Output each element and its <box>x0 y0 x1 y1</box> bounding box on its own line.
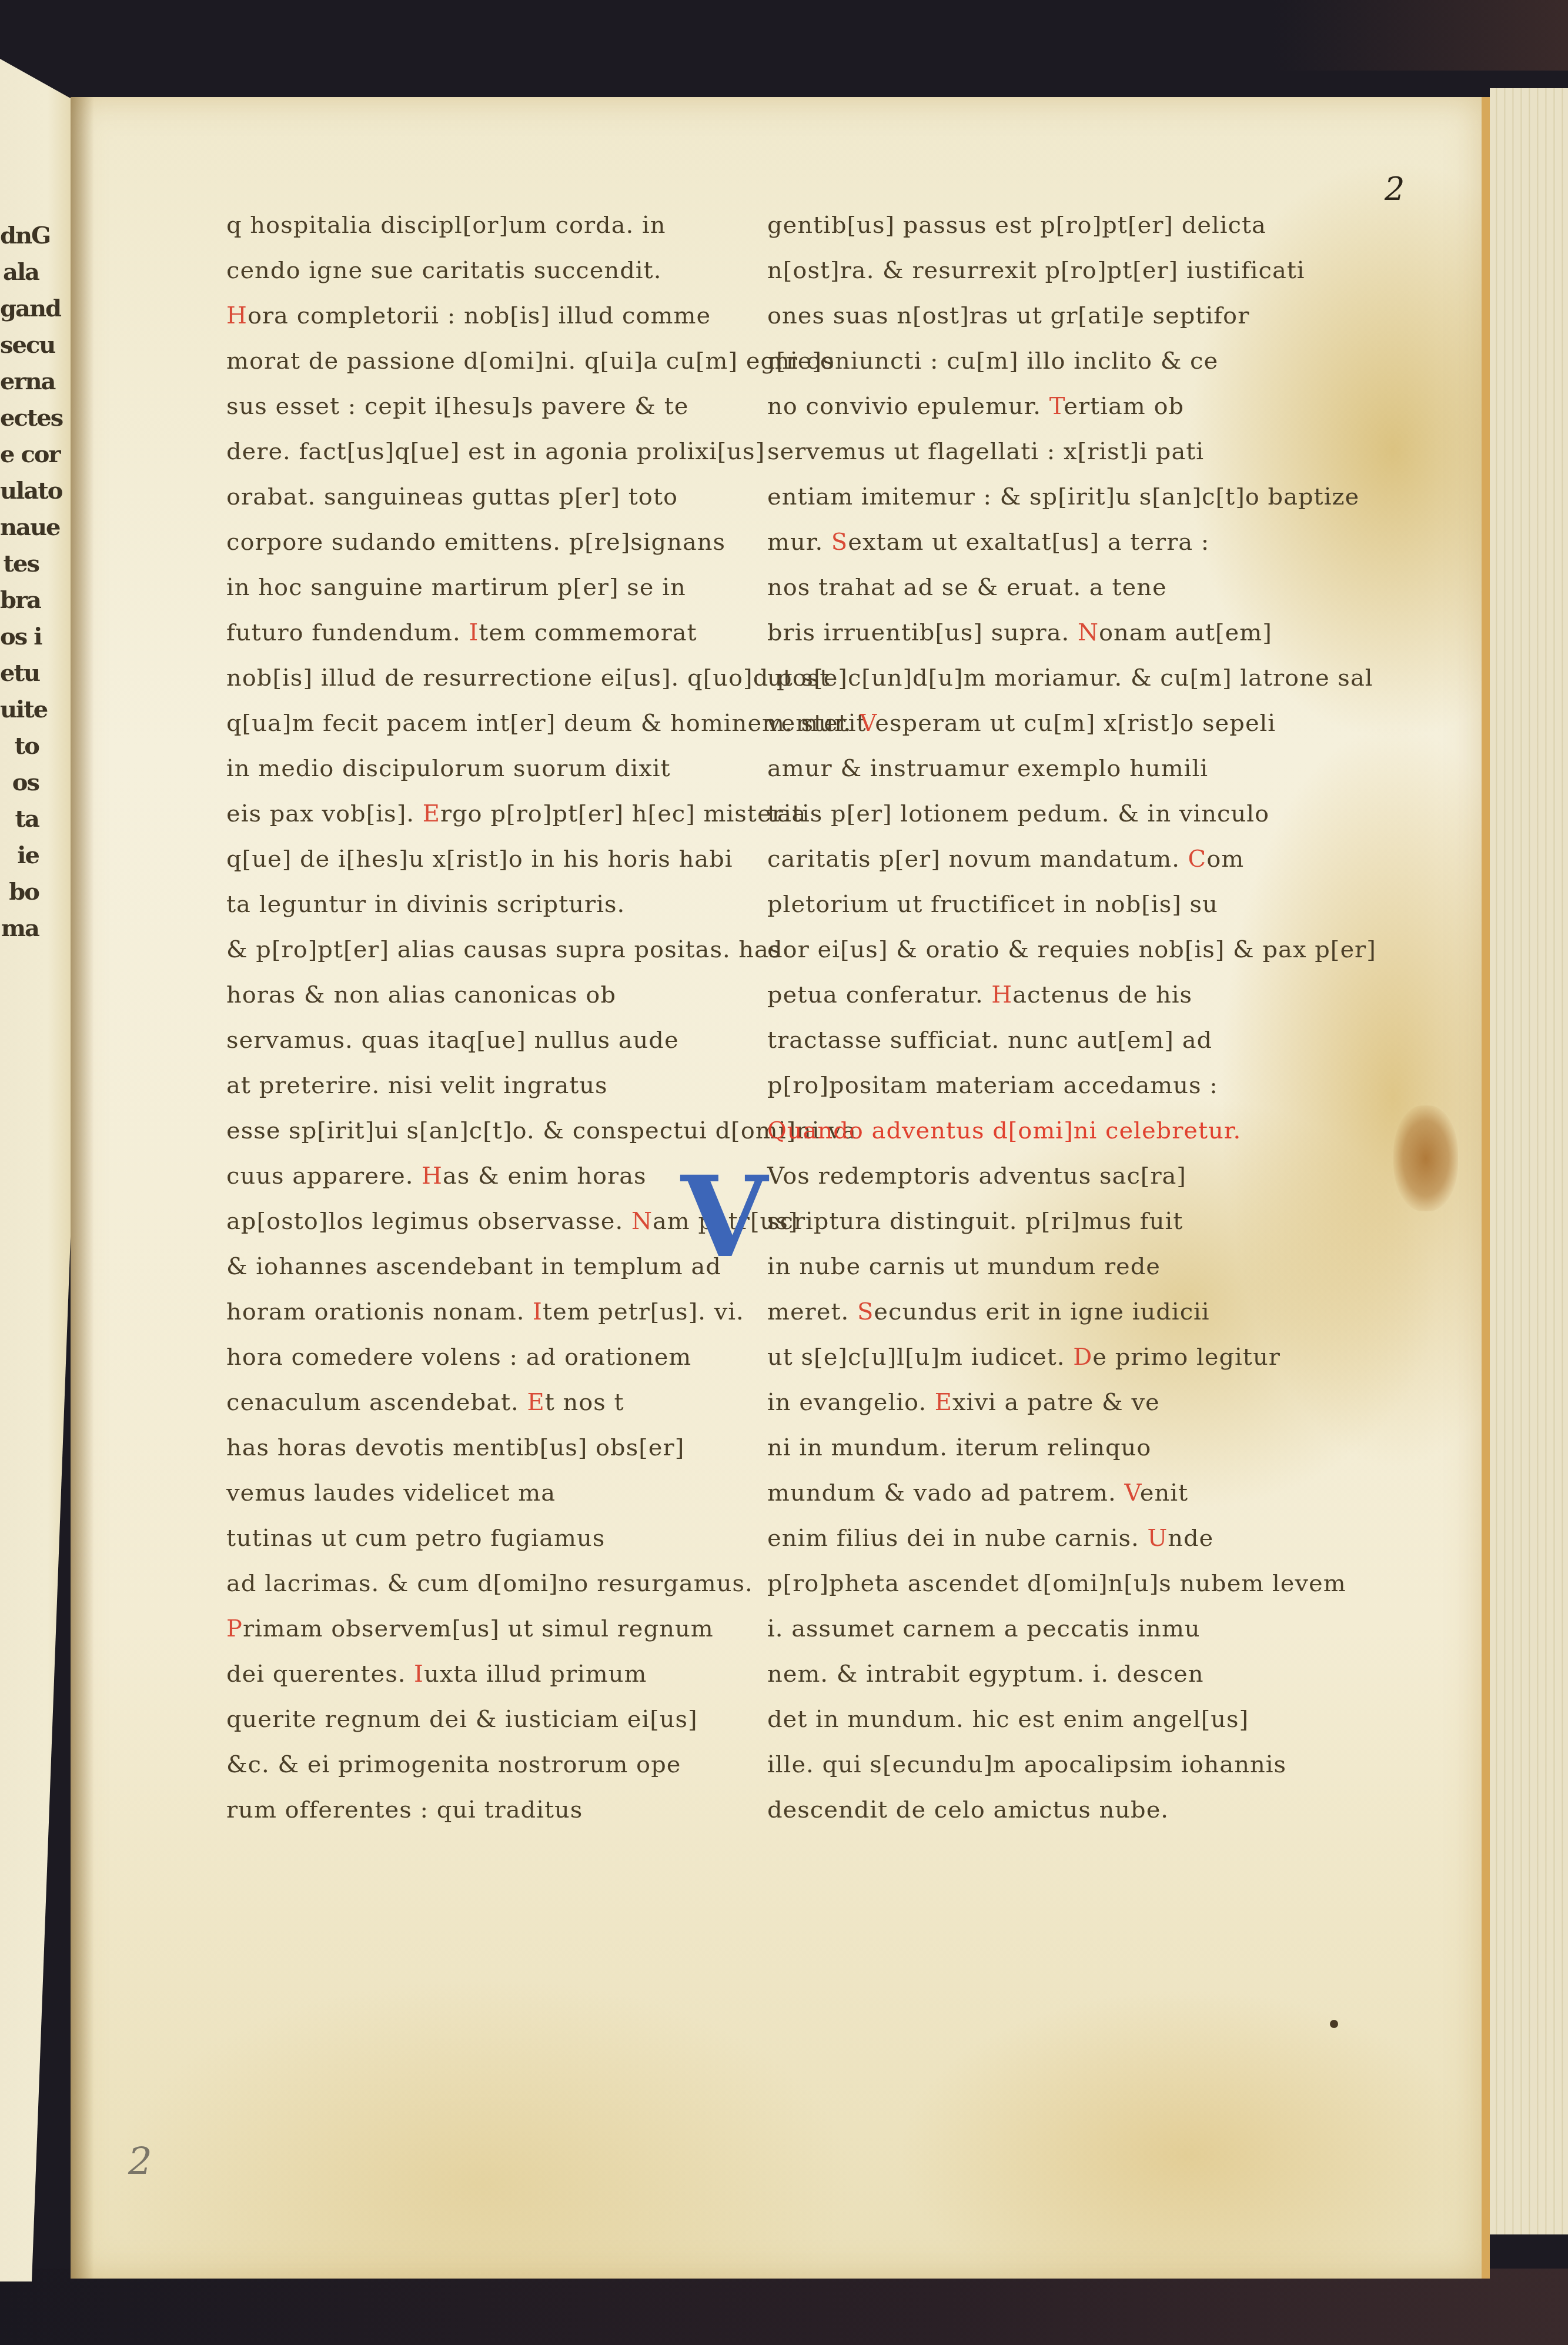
manuscript-line: q[ue] de i[hes]u x[rist]o in his horis h… <box>226 837 697 882</box>
manuscript-line: pletorium ut fructificet in nob[is] su <box>767 882 1285 927</box>
manuscript-line: Primam observem[us] ut simul regnum <box>226 1606 697 1652</box>
facing-line: tes <box>0 546 76 582</box>
rubricated-letter: P <box>226 1615 243 1642</box>
rubricated-letter: S <box>831 529 848 556</box>
gutter-shadow <box>71 97 94 2279</box>
rubricated-letter: N <box>631 1208 653 1235</box>
rubricated-letter: H <box>991 981 1012 1008</box>
manuscript-line: querite regnum dei & iusticiam ei[us] <box>226 1697 697 1742</box>
facing-line: secu <box>0 327 76 363</box>
rubricated-letter: H <box>226 302 248 329</box>
facing-line: naue <box>0 509 76 546</box>
rubricated-letter: U <box>1148 1525 1168 1552</box>
manuscript-line: ni in mundum. iterum relinquo <box>767 1425 1285 1471</box>
facing-line: ie <box>0 837 76 874</box>
facing-line: bra <box>0 582 76 619</box>
manuscript-line: orabat. sanguineas guttas p[er] toto <box>226 475 697 520</box>
rubricated-letter: H <box>422 1163 443 1190</box>
manuscript-line: in evangelio. Exivi a patre & ve <box>767 1380 1285 1425</box>
manuscript-line: eis pax vob[is]. Ergo p[ro]pt[er] h[ec] … <box>226 791 697 837</box>
manuscript-line: cuus apparere. Has & enim horas <box>226 1154 697 1199</box>
rubricated-letter: V <box>1124 1479 1139 1506</box>
manuscript-line: in nube carnis ut mundum rede <box>767 1244 1285 1290</box>
rubricated-letter: T <box>1049 393 1064 420</box>
manuscript-line: n[ost]ra. & resurrexit p[ro]pt[er] iusti… <box>767 248 1285 293</box>
facing-line: os <box>0 764 76 801</box>
rubricated-letter: V <box>860 710 875 737</box>
manuscript-line: tutinas ut cum petro fugiamus <box>226 1516 697 1561</box>
facing-line: erna <box>0 363 76 400</box>
manuscript-line: vemus laudes videlicet ma <box>226 1471 697 1516</box>
manuscript-line: nem. & intrabit egyptum. i. descen <box>767 1652 1285 1697</box>
facing-line: etu <box>0 655 76 692</box>
manuscript-line: Quando adventus d[omi]ni celebretur. <box>767 1108 1285 1154</box>
facing-line: e cor <box>0 436 76 473</box>
manuscript-line: morat de passione d[omi]ni. q[ui]a cu[m]… <box>226 339 697 384</box>
rubricated-letter: E <box>935 1389 952 1416</box>
manuscript-line: cendo igne sue caritatis succendit. <box>226 248 697 293</box>
manuscript-line: no convivio epulemur. Tertiam ob <box>767 384 1285 429</box>
background-top-right <box>1274 0 1568 71</box>
facing-page-verso: dnG ala gand secu erna ectes e cor ulato… <box>0 59 79 2281</box>
manuscript-line: ille. qui s[ecundu]m apocalipsim iohanni… <box>767 1742 1285 1788</box>
manuscript-line: nos trahat ad se & eruat. a tene <box>767 565 1285 610</box>
manuscript-line: has horas devotis mentib[us] obs[er] <box>226 1425 697 1471</box>
manuscript-line: servemus ut flagellati : x[rist]i pati <box>767 429 1285 475</box>
facing-line: ulato <box>0 473 76 509</box>
manuscript-line: q[ua]m fecit pacem int[er] deum & homine… <box>226 701 697 746</box>
manuscript-line: dere. fact[us]q[ue] est in agonia prolix… <box>226 429 697 475</box>
rubricated-letter: C <box>1188 846 1207 873</box>
manuscript-line: & iohannes ascendebant in templum ad <box>226 1244 697 1290</box>
parchment-speck <box>1330 2020 1338 2028</box>
rubricated-letter: N <box>1078 619 1099 646</box>
manuscript-line: det in mundum. hic est enim angel[us] <box>767 1697 1285 1742</box>
manuscript-line: servamus. quas itaq[ue] nullus aude <box>226 1018 697 1063</box>
manuscript-line: ut s[e]c[u]l[u]m iudicet. De primo legit… <box>767 1335 1285 1380</box>
page-block-edges <box>1490 88 1568 2234</box>
manuscript-line: meret. Secundus erit in igne iudicii <box>767 1290 1285 1335</box>
manuscript-line: corpore sudando emittens. p[re]signans <box>226 520 697 565</box>
facing-line: dnG <box>0 218 76 254</box>
manuscript-line: ad lacrimas. & cum d[omi]no resurgamus. <box>226 1561 697 1606</box>
rubricated-letter: I <box>533 1298 543 1325</box>
manuscript-line: sus esset : cepit i[hesu]s pavere & te <box>226 384 697 429</box>
manuscript-line: horas & non alias canonicas ob <box>226 973 697 1018</box>
facing-line: uite <box>0 692 76 728</box>
manuscript-line: dei querentes. Iuxta illud primum <box>226 1652 697 1697</box>
manuscript-line: cenaculum ascendebat. Et nos t <box>226 1380 697 1425</box>
manuscript-line: nob[is] illud de resurrectione ei[us]. q… <box>226 656 697 701</box>
manuscript-line: mi coniuncti : cu[m] illo inclito & ce <box>767 339 1285 384</box>
rubricated-letter: E <box>527 1389 545 1416</box>
manuscript-line: scriptura distinguit. p[ri]mus fuit <box>767 1199 1285 1244</box>
manuscript-line: ap[osto]los legimus observasse. Nam petr… <box>226 1199 697 1244</box>
manuscript-line: futuro fundendum. Item commemorat <box>226 610 697 656</box>
folio-number-top: 2 <box>1385 171 1405 208</box>
manuscript-line: dor ei[us] & oratio & requies nob[is] & … <box>767 927 1285 973</box>
manuscript-line: Hora completorii : nob[is] illud comme <box>226 293 697 339</box>
facing-line: ta <box>0 801 76 837</box>
manuscript-line: in medio discipulorum suorum dixit <box>226 746 697 791</box>
manuscript-line: tractasse sufficiat. nunc aut[em] ad <box>767 1018 1285 1063</box>
facing-line: gand <box>0 290 76 327</box>
manuscript-line: ut s[e]c[un]d[u]m moriamur. & cu[m] latr… <box>767 656 1285 701</box>
manuscript-line: rum offerentes : qui traditus <box>226 1788 697 1833</box>
facing-line: bo <box>0 874 76 910</box>
manuscript-line: gentib[us] passus est p[ro]pt[er] delict… <box>767 203 1285 248</box>
facing-line: ma <box>0 910 76 947</box>
manuscript-line: vemur. Vesperam ut cu[m] x[rist]o sepeli <box>767 701 1285 746</box>
manuscript-line: bris irruentib[us] supra. Nonam aut[em] <box>767 610 1285 656</box>
manuscript-line: p[ro]positam materiam accedamus : <box>767 1063 1285 1108</box>
manuscript-line: in hoc sanguine martirum p[er] se in <box>226 565 697 610</box>
manuscript-line: hora comedere volens : ad orationem <box>226 1335 697 1380</box>
manuscript-line: enim filius dei in nube carnis. Unde <box>767 1516 1285 1561</box>
facing-line: ectes <box>0 400 76 436</box>
manuscript-line: mur. Sextam ut exaltat[us] a terra : <box>767 520 1285 565</box>
folio-number-bottom: 2 <box>128 2140 152 2184</box>
rubricated-letter: D <box>1073 1344 1092 1371</box>
rubricated-letter: E <box>423 800 440 827</box>
manuscript-line: caritatis p[er] novum mandatum. Com <box>767 837 1285 882</box>
manuscript-line: Vos redemptoris adventus sac[ra] <box>767 1154 1285 1199</box>
manuscript-line: ones suas n[ost]ras ut gr[ati]e septifor <box>767 293 1285 339</box>
rubricated-letter: I <box>414 1661 424 1688</box>
manuscript-line: amur & instruamur exemplo humili <box>767 746 1285 791</box>
manuscript-line: entiam imitemur : & sp[irit]u s[an]c[t]o… <box>767 475 1285 520</box>
manuscript-line: p[ro]pheta ascendet d[omi]n[u]s nubem le… <box>767 1561 1285 1606</box>
water-stain <box>1393 1105 1458 1211</box>
manuscript-line: descendit de celo amictus nube. <box>767 1788 1285 1833</box>
facing-page-text: dnG ala gand secu erna ectes e cor ulato… <box>0 218 76 947</box>
manuscript-line: & p[ro]pt[er] alias causas supra positas… <box>226 927 697 973</box>
rubricated-letter: I <box>469 619 479 646</box>
manuscript-line: petua conferatur. Hactenus de his <box>767 973 1285 1018</box>
decorated-initial-v: V <box>681 1167 763 1267</box>
manuscript-line: tatis p[er] lotionem pedum. & in vinculo <box>767 791 1285 837</box>
facing-line: ala <box>0 254 76 290</box>
manuscript-line: horam orationis nonam. Item petr[us]. vi… <box>226 1290 697 1335</box>
manuscript-line: at preterire. nisi velit ingratus <box>226 1063 697 1108</box>
manuscript-line: &c. & ei primogenita nostrorum ope <box>226 1742 697 1788</box>
manuscript-line: mundum & vado ad patrem. Venit <box>767 1471 1285 1516</box>
text-column-left: q hospitalia discipl[or]um corda. incend… <box>226 203 697 1833</box>
text-column-right: gentib[us] passus est p[ro]pt[er] delict… <box>767 203 1285 1833</box>
background-bottom <box>0 2269 1568 2345</box>
manuscript-line: q hospitalia discipl[or]um corda. in <box>226 203 697 248</box>
rubricated-letter: S <box>857 1298 874 1325</box>
manuscript-line: ta leguntur in divinis scripturis. <box>226 882 697 927</box>
facing-line: to <box>0 728 76 764</box>
facing-line: os i <box>0 619 76 655</box>
manuscript-line: esse sp[irit]ui s[an]c[t]o. & conspectui… <box>226 1108 697 1154</box>
manuscript-line: i. assumet carnem a peccatis inmu <box>767 1606 1285 1652</box>
